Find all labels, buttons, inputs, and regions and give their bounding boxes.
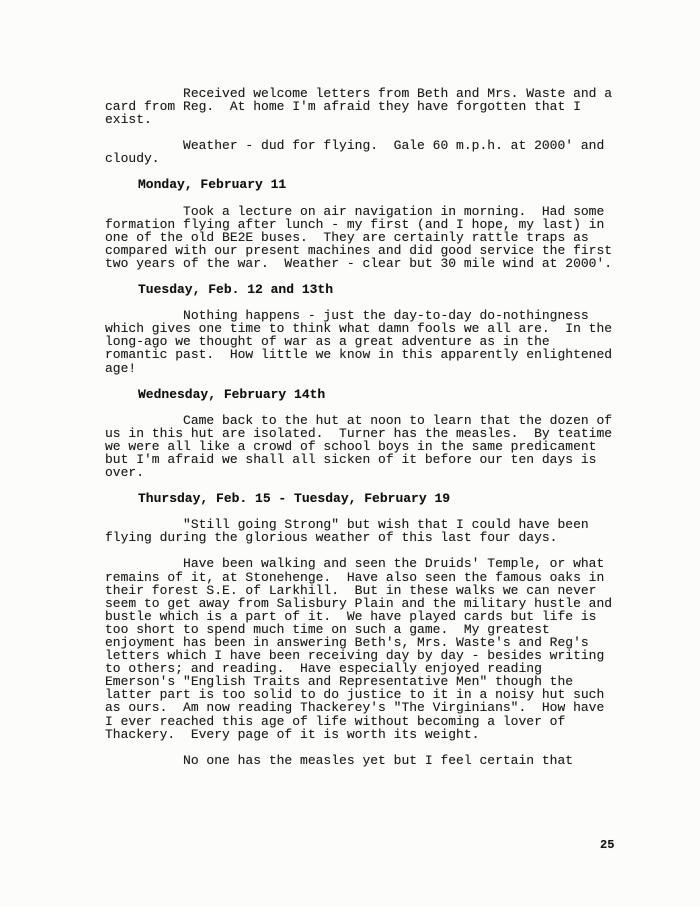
text-line: Thursday, Feb. 15 - Tuesday, February 19 bbox=[138, 492, 645, 505]
text-line: Monday, February 11 bbox=[138, 178, 645, 191]
text-line: No one has the measles yet but I feel ce… bbox=[105, 754, 645, 767]
text-line: card from Reg. At home I'm afraid they h… bbox=[105, 100, 645, 113]
text-line: remains of it, at Stonehenge. Have also … bbox=[105, 571, 645, 584]
paragraph: Weather - dud for flying. Gale 60 m.p.h.… bbox=[105, 139, 645, 165]
text-line: Have been walking and seen the Druids' T… bbox=[105, 557, 645, 570]
paragraph: "Still going Strong" but wish that I cou… bbox=[105, 518, 645, 544]
text-line: their forest S.E. of Larkhill. But in th… bbox=[105, 584, 645, 597]
text-line: cloudy. bbox=[105, 152, 645, 165]
text-line: seem to get away from Salisbury Plain an… bbox=[105, 597, 645, 610]
text-line: but I'm afraid we shall all sicken of it… bbox=[105, 453, 645, 466]
text-line: age! bbox=[105, 362, 645, 375]
text-line: two years of the war. Weather - clear bu… bbox=[105, 257, 645, 270]
text-line: exist. bbox=[105, 113, 645, 126]
paragraph: No one has the measles yet but I feel ce… bbox=[105, 754, 645, 767]
paragraph: Have been walking and seen the Druids' T… bbox=[105, 557, 645, 740]
text-line: Tuesday, Feb. 12 and 13th bbox=[138, 283, 645, 296]
entry-heading: Wednesday, February 14th bbox=[138, 388, 645, 401]
text-line: one of the old BE2E buses. They are cert… bbox=[105, 231, 645, 244]
text-line: Thackery. Every page of it is worth its … bbox=[105, 728, 645, 741]
text-line: Came back to the hut at noon to learn th… bbox=[105, 414, 645, 427]
entry-heading: Tuesday, Feb. 12 and 13th bbox=[138, 283, 645, 296]
paragraph: Came back to the hut at noon to learn th… bbox=[105, 414, 645, 479]
text-line: us in this hut are isolated. Turner has … bbox=[105, 427, 645, 440]
page-number: 25 bbox=[600, 838, 614, 852]
text-line: Took a lecture on air navigation in morn… bbox=[105, 205, 645, 218]
text-line: over. bbox=[105, 466, 645, 479]
text-line: formation flying after lunch - my first … bbox=[105, 218, 645, 231]
paragraph: Received welcome letters from Beth and M… bbox=[105, 87, 645, 126]
text-line: compared with our present machines and d… bbox=[105, 244, 645, 257]
paragraph: Took a lecture on air navigation in morn… bbox=[105, 205, 645, 270]
text-line: romantic past. How little we know in thi… bbox=[105, 348, 645, 361]
entry-heading: Thursday, Feb. 15 - Tuesday, February 19 bbox=[138, 492, 645, 505]
text-line: bustle which is a part of it. We have pl… bbox=[105, 610, 645, 623]
text-line: Wednesday, February 14th bbox=[138, 388, 645, 401]
paragraph: Nothing happens - just the day-to-day do… bbox=[105, 309, 645, 374]
text-line: as ours. Am now reading Thackerey's "The… bbox=[105, 701, 645, 714]
text-line: flying during the glorious weather of th… bbox=[105, 531, 645, 544]
text-line: I ever reached this age of life without … bbox=[105, 715, 645, 728]
scanned-diary-page: Received welcome letters from Beth and M… bbox=[0, 0, 700, 906]
text-line: we were all like a crowd of school boys … bbox=[105, 440, 645, 453]
document-body: Received welcome letters from Beth and M… bbox=[105, 87, 645, 780]
entry-heading: Monday, February 11 bbox=[138, 178, 645, 191]
text-line: Weather - dud for flying. Gale 60 m.p.h.… bbox=[105, 139, 645, 152]
